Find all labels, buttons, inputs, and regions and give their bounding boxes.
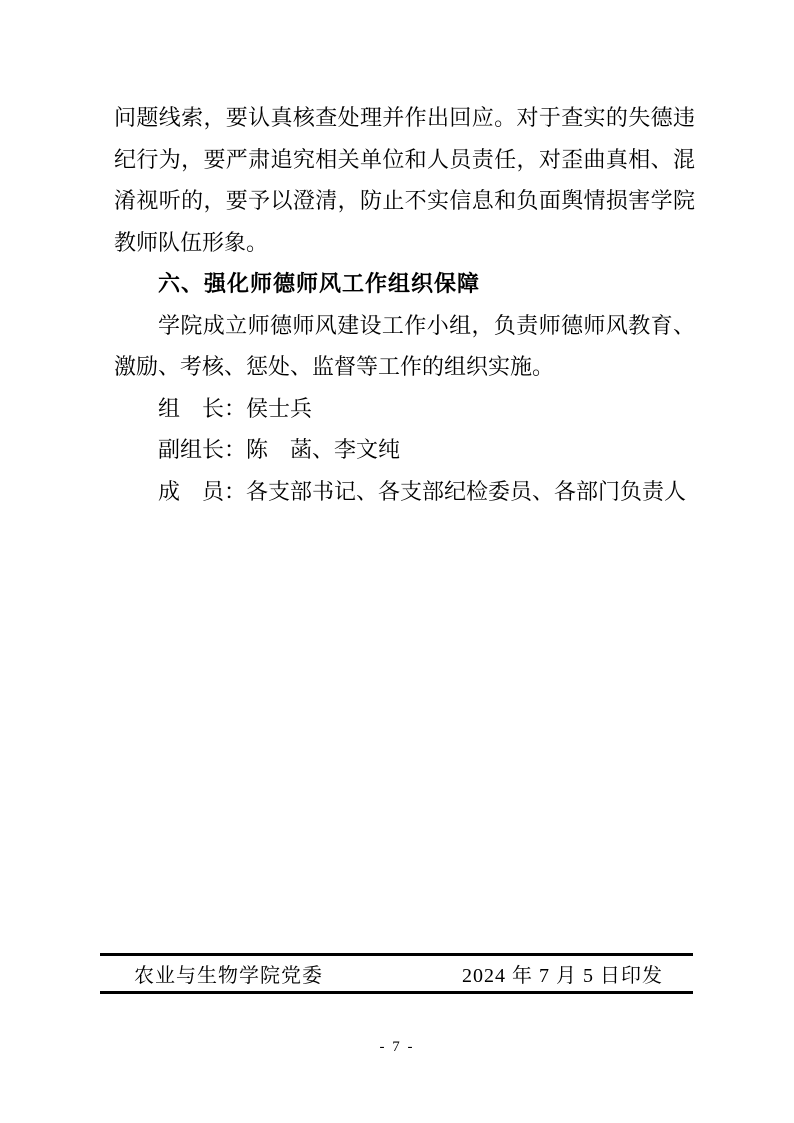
continued-paragraph-line-1: 问题线索，要认真核查处理并作出回应。对于查实的失德违 <box>114 97 695 139</box>
imprint-issuer: 农业与生物学院党委 <box>134 959 323 988</box>
continued-paragraph-line-3: 淆视听的，要予以澄清，防止不实信息和负面舆情损害学院 <box>114 180 695 222</box>
roster-leader-line: 组 长：侯士兵 <box>114 388 695 430</box>
roster-members-line: 成 员：各支部书记、各支部纪检委员、各部门负责人 <box>114 471 695 513</box>
document-page: 问题线索，要认真核查处理并作出回应。对于查实的失德违 纪行为，要严肃追究相关单位… <box>0 0 794 1123</box>
workgroup-paragraph-line-1: 学院成立师德师风建设工作小组，负责师德师风教育、 <box>114 305 695 347</box>
page-number: - 7 - <box>0 1037 794 1057</box>
continued-paragraph-line-2: 纪行为，要严肃追究相关单位和人员责任，对歪曲真相、混 <box>114 139 695 181</box>
imprint-print-date: 2024 年 7 月 5 日印发 <box>462 959 663 988</box>
document-body: 问题线索，要认真核查处理并作出回应。对于查实的失德违 纪行为，要严肃追究相关单位… <box>114 97 695 512</box>
continued-paragraph-line-4: 教师队伍形象。 <box>114 222 695 264</box>
section-heading: 六、强化师德师风工作组织保障 <box>114 263 695 305</box>
roster-deputy-line: 副组长：陈 菡、李文纯 <box>114 429 695 471</box>
imprint-row: 农业与生物学院党委 2024 年 7 月 5 日印发 <box>100 956 693 991</box>
imprint-block: 农业与生物学院党委 2024 年 7 月 5 日印发 <box>100 953 693 994</box>
workgroup-paragraph-line-2: 激励、考核、惩处、监督等工作的组织实施。 <box>114 346 695 388</box>
imprint-bottom-rule <box>100 991 693 994</box>
